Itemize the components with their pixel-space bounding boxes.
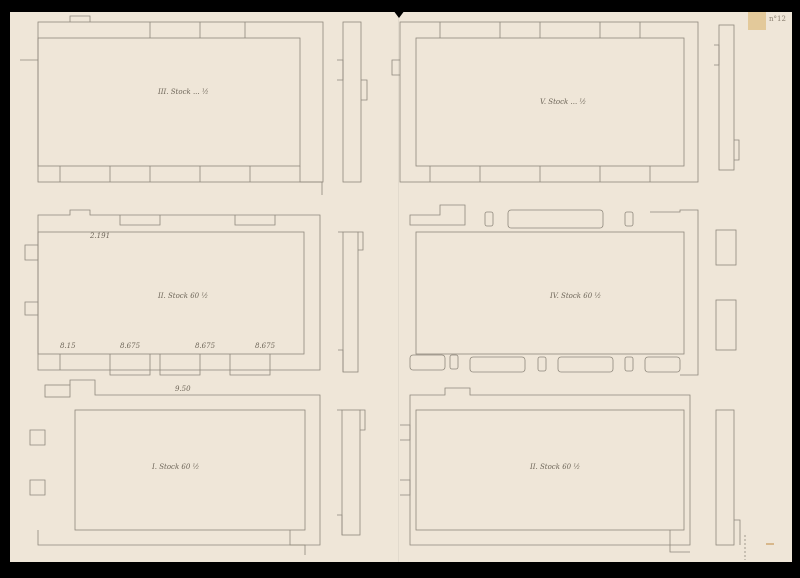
dimension-label: 8.675 — [195, 342, 215, 350]
dimension-label: 8.675 — [120, 342, 140, 350]
plan-title-mid-left: II. Stock 60 ½ — [158, 292, 208, 300]
plan-title-mid-right: IV. Stock 60 ½ — [550, 292, 601, 300]
section-bottom-right — [716, 410, 745, 560]
section-top-left — [337, 22, 367, 182]
floor-plan-drawing — [0, 0, 800, 578]
plan-title-top-right: V. Stock ... ½ — [540, 98, 586, 106]
plan-title-bottom-right: II. Stock 60 ½ — [530, 463, 580, 471]
section-mid-right — [716, 230, 736, 350]
dimension-label: 2.191 — [90, 232, 110, 240]
section-bottom-left — [337, 410, 365, 535]
plan-mid-right-walls — [410, 205, 698, 375]
dimension-label: 8.675 — [255, 342, 275, 350]
plan-title-top-left: III. Stock ... ½ — [158, 88, 209, 96]
section-top-right — [714, 25, 739, 170]
dimension-label: 9.50 — [175, 385, 191, 393]
plan-top-left-walls — [20, 16, 323, 195]
plan-title-bottom-left: I. Stock 60 ½ — [152, 463, 199, 471]
section-mid-left — [338, 232, 363, 372]
dimension-label: 8.15 — [60, 342, 76, 350]
